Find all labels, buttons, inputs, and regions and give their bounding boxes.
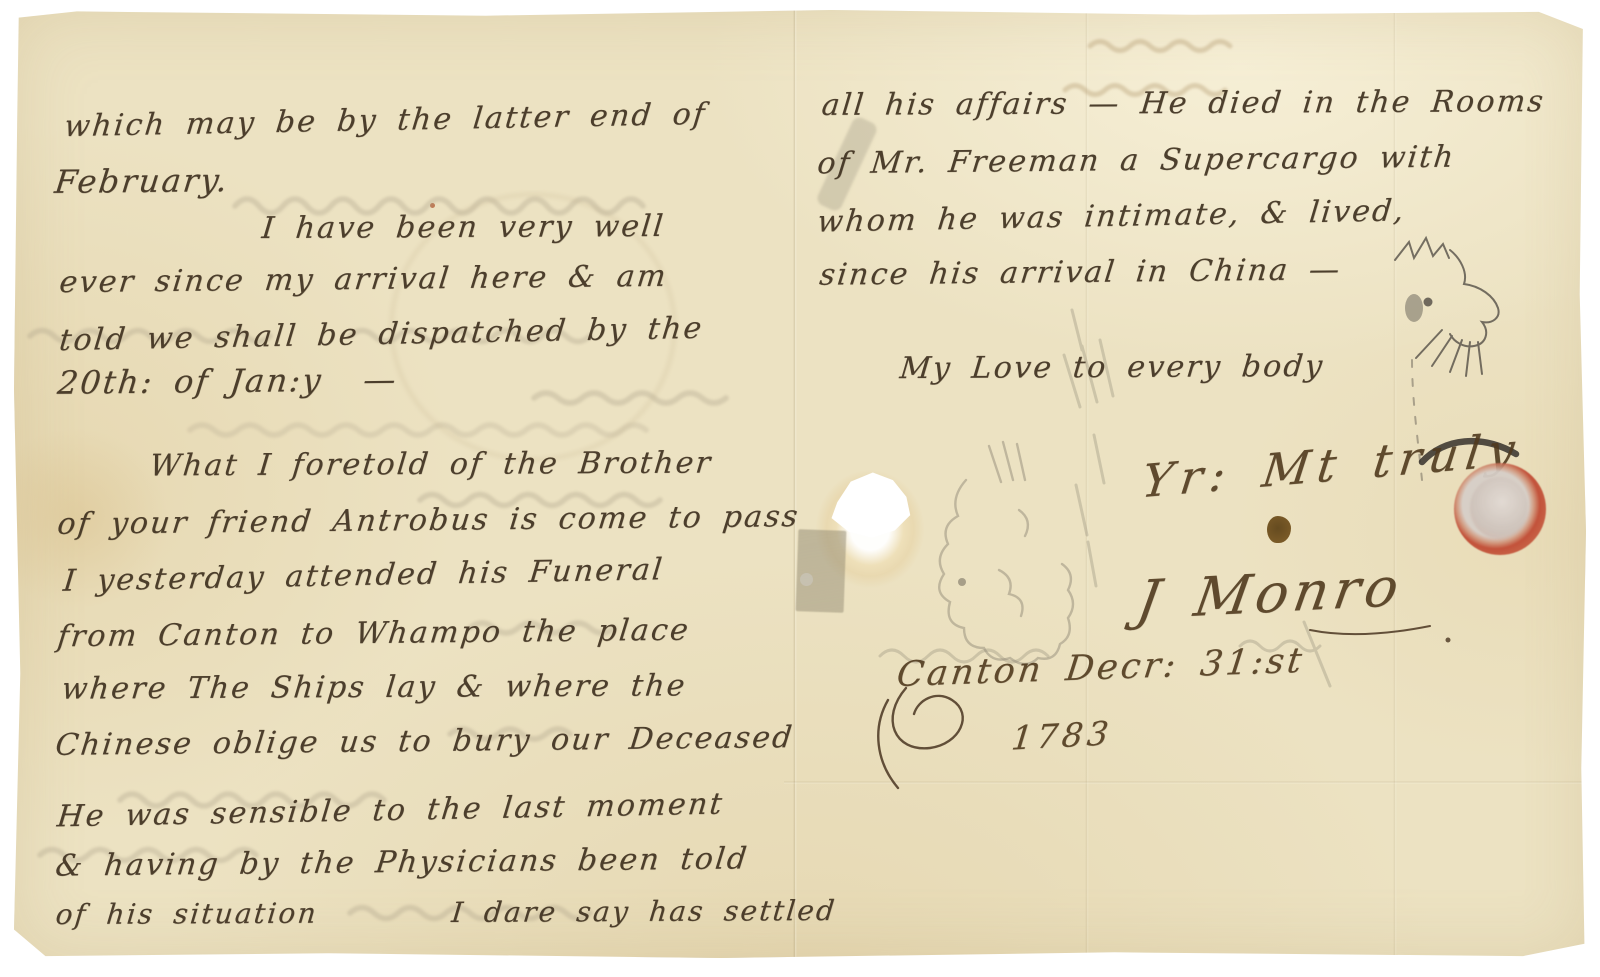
pencil-dark-spot (958, 578, 966, 586)
letter-line: ever since my arrival here & am (58, 259, 670, 300)
center-fold-crease (793, 10, 797, 958)
scanned-letter-background: which may be by the latter end of Februa… (0, 0, 1600, 977)
letter-sheet: which may be by the latter end of Februa… (14, 10, 1586, 958)
red-wax-seal (1454, 463, 1546, 555)
letter-line: where The Ships lay & where the (60, 668, 688, 706)
letter-line: He was sensible to the last moment (55, 787, 725, 835)
letter-line: What I foretold of the Brother (148, 446, 714, 484)
letter-line: February. (53, 161, 231, 201)
signature-period-dot (1446, 638, 1451, 643)
letter-line: from Canton to Whampo the place (56, 613, 692, 655)
letter-line: which may be by the latter end of (62, 97, 708, 144)
wax-seal-center (1470, 477, 1528, 539)
letter-line: Chinese oblige us to bury our Deceased (54, 720, 796, 763)
tape-repair (796, 529, 847, 613)
letter-line: since his arrival in China — (818, 252, 1344, 292)
pencil-head-sketch (939, 442, 1073, 664)
letter-line: of your friend Antrobus is come to pass (56, 499, 802, 542)
red-speck (430, 203, 435, 208)
letter-line: of his situation I dare say has settled (54, 894, 838, 931)
pencil-eye-dot (1424, 298, 1433, 307)
place-date-line: Canton Decr: 31:st (895, 641, 1307, 695)
letter-line: whom he was intimate, & lived, (816, 193, 1408, 239)
year: 1783 (1010, 713, 1115, 757)
letter-line: all his affairs — He died in the Rooms (820, 84, 1547, 123)
pencil-shading (1405, 294, 1423, 322)
letter-line: & having by the Physicians been told (54, 841, 751, 883)
horizontal-crease (784, 781, 1586, 784)
signature: J Monro (1133, 555, 1408, 632)
letter-line: of Mr. Freeman a Supercargo with (816, 140, 1458, 182)
letter-line: 20th: of Jan:y — (56, 360, 400, 402)
ink-blot-stain (1267, 516, 1291, 543)
letter-line: My Love to every body (898, 349, 1326, 386)
letter-line: I have been very well (260, 209, 666, 246)
